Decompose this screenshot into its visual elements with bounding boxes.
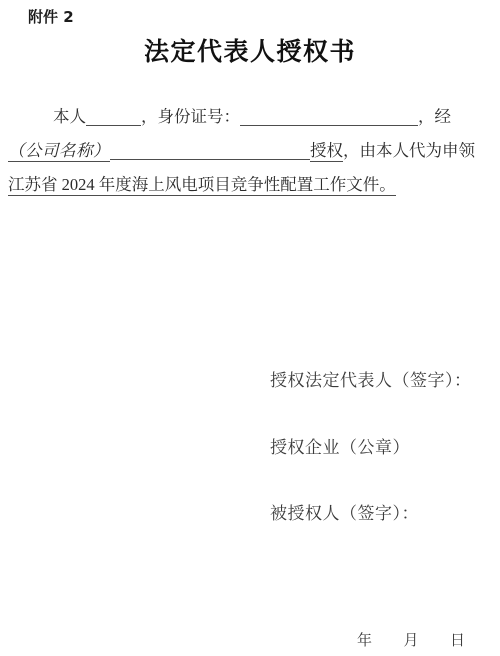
authorization-paragraph: 本人，身份证号：，经 （公司名称）授权，由本人代为申领 江苏省 2024 年度海… [8,100,492,202]
date-line: 年 月 日 [357,629,465,650]
line2-tail-text: ，由本人代为申领 [343,141,475,160]
year-label: 年 [357,629,372,650]
line2-underlined-word: 授权 [310,141,343,162]
line1-id-label-text: ，身份证号： [141,107,240,126]
paragraph-line-1: 本人，身份证号：，经 [8,100,492,134]
document-title: 法定代表人授权书 [0,32,500,68]
company-name-blank-field [110,143,310,161]
month-label: 月 [403,629,418,650]
line1-lead-text: 本人 [53,107,86,126]
paragraph-line-2: （公司名称）授权，由本人代为申领 [8,134,492,168]
line3-underlined-text: 江苏省 2024 年度海上风电项目竞争性配置工作文件。 [8,175,396,196]
legal-rep-signature-label: 授权法定代表人（签字）： [270,366,472,391]
company-name-placeholder: （公司名称） [8,141,110,162]
paragraph-line-3: 江苏省 2024 年度海上风电项目竞争性配置工作文件。 [8,168,492,202]
attachment-number: 附件 2 [28,6,74,27]
id-number-blank-field [240,109,418,127]
name-blank-field [86,109,141,127]
day-label: 日 [450,629,465,650]
document-page: 附件 2 法定代表人授权书 本人，身份证号：，经 （公司名称）授权，由本人代为申… [0,0,500,656]
company-seal-label: 授权企业（公章） [270,433,410,458]
authorized-person-signature-label: 被授权人（签字）： [270,499,419,524]
line1-tail-text: ，经 [418,107,451,126]
